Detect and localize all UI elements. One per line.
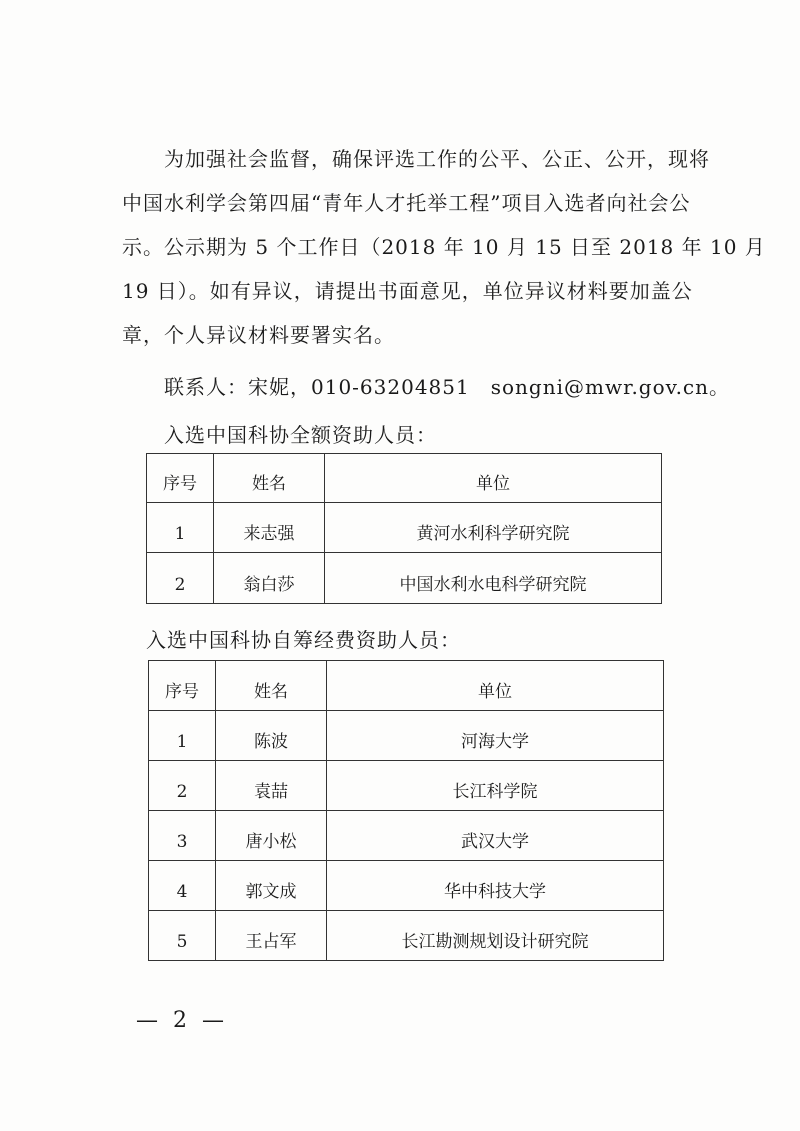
paragraph-line-4: 19 日）。如有异议，请提出书面意见，单位异议材料要加盖公	[122, 275, 693, 304]
full-funding-table: 序号 姓名 单位 1 来志强 黄河水利科学研究院 2 翁白莎 中国水利水电科学研…	[146, 453, 662, 604]
paragraph-line-1: 为加强社会监督，确保评选工作的公平、公正、公开，现将	[164, 143, 710, 172]
header-index: 序号	[147, 454, 214, 503]
table-row: 5 王占军 长江勘测规划设计研究院	[149, 911, 664, 961]
paragraph-line-5: 章，个人异议材料要署实名。	[122, 319, 395, 348]
contact-line: 联系人：宋妮，010-63204851 songni@mwr.gov.cn。	[164, 371, 730, 400]
cell-unit: 中国水利水电科学研究院	[325, 553, 662, 604]
table-row: 2 袁喆 长江科学院	[149, 761, 664, 811]
cell-index: 3	[149, 811, 216, 861]
cell-name: 唐小松	[216, 811, 327, 861]
cell-unit: 黄河水利科学研究院	[325, 503, 662, 553]
cell-name: 陈波	[216, 711, 327, 761]
cell-name: 王占军	[216, 911, 327, 961]
paragraph-line-3: 示。公示期为 5 个工作日（2018 年 10 月 15 日至 2018 年 1…	[122, 231, 766, 260]
header-index: 序号	[149, 661, 216, 711]
table-row: 1 陈波 河海大学	[149, 711, 664, 761]
table-row: 3 唐小松 武汉大学	[149, 811, 664, 861]
cell-unit: 长江科学院	[327, 761, 664, 811]
page-number: — 2 —	[136, 1008, 228, 1033]
self-funded-table: 序号 姓名 单位 1 陈波 河海大学 2 袁喆 长江科学院 3 唐小松 武汉大学…	[148, 660, 664, 961]
table-row: 2 翁白莎 中国水利水电科学研究院	[147, 553, 662, 604]
cell-index: 1	[147, 503, 214, 553]
cell-name: 袁喆	[216, 761, 327, 811]
cell-index: 2	[147, 553, 214, 604]
cell-name: 来志强	[214, 503, 325, 553]
cell-name: 郭文成	[216, 861, 327, 911]
cell-unit: 武汉大学	[327, 811, 664, 861]
cell-index: 4	[149, 861, 216, 911]
cell-name: 翁白莎	[214, 553, 325, 604]
cell-index: 1	[149, 711, 216, 761]
cell-index: 2	[149, 761, 216, 811]
header-name: 姓名	[214, 454, 325, 503]
table-header-row: 序号 姓名 单位	[147, 454, 662, 503]
header-name: 姓名	[216, 661, 327, 711]
table-row: 1 来志强 黄河水利科学研究院	[147, 503, 662, 553]
table2-caption: 入选中国科协自筹经费资助人员：	[146, 624, 461, 653]
cell-unit: 河海大学	[327, 711, 664, 761]
table-row: 4 郭文成 华中科技大学	[149, 861, 664, 911]
header-unit: 单位	[327, 661, 664, 711]
cell-index: 5	[149, 911, 216, 961]
document-page: 为加强社会监督，确保评选工作的公平、公正、公开，现将 中国水利学会第四届“青年人…	[0, 0, 800, 1131]
header-unit: 单位	[325, 454, 662, 503]
cell-unit: 长江勘测规划设计研究院	[327, 911, 664, 961]
paragraph-line-2: 中国水利学会第四届“青年人才托举工程”项目入选者向社会公	[122, 187, 690, 216]
table-header-row: 序号 姓名 单位	[149, 661, 664, 711]
table1-caption: 入选中国科协全额资助人员：	[164, 419, 437, 448]
cell-unit: 华中科技大学	[327, 861, 664, 911]
